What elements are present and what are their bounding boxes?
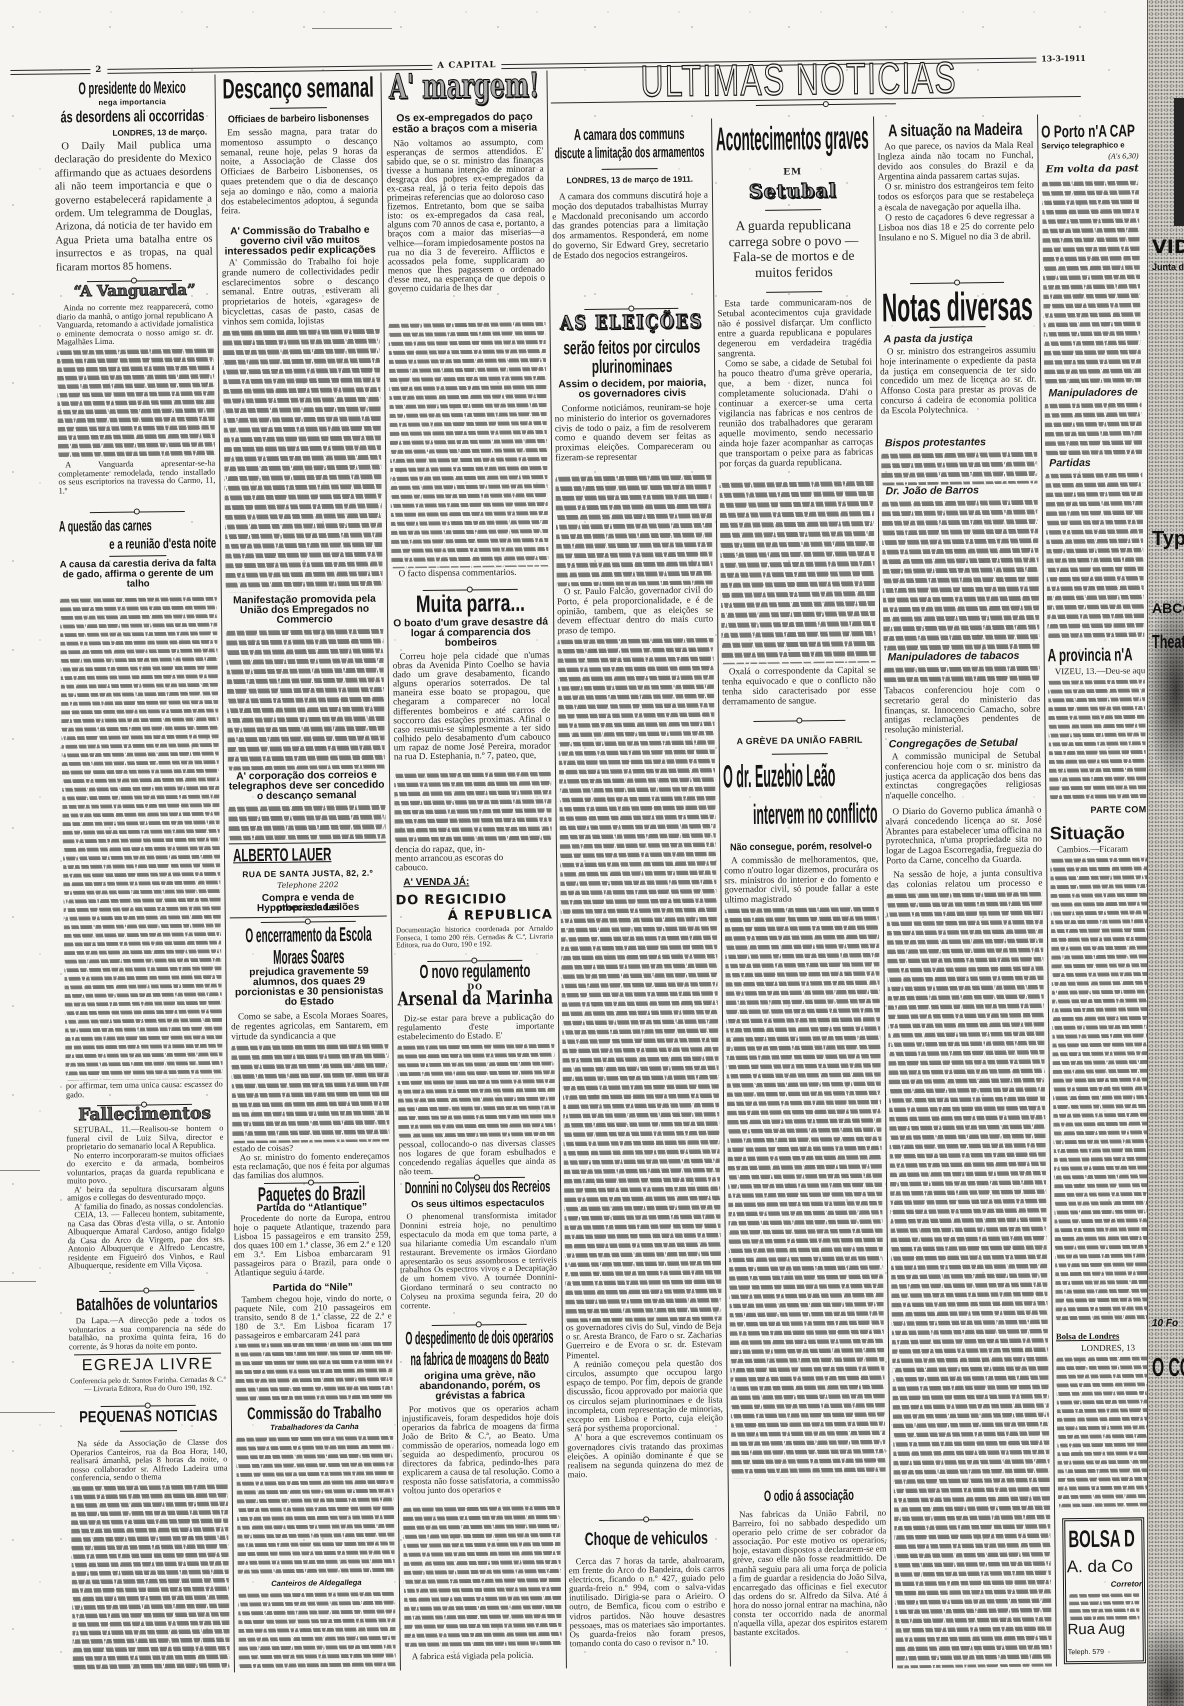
rule xyxy=(602,168,658,170)
muita-parra-body: Correu hoje pela cidade que n'umas obras… xyxy=(393,651,551,771)
paragraph: CEIA, 13. — Falleceu hontem, subitamente… xyxy=(67,1210,225,1271)
illegible-text-block xyxy=(236,1433,395,1578)
camara-headline: A camara dos communs xyxy=(551,127,707,146)
paragraph: No enterro incorporaram-se muitos offici… xyxy=(67,1150,224,1186)
pequenas-noticias-headline: PEQUENAS NOTICIAS xyxy=(70,1409,227,1428)
illegible-text-block xyxy=(394,769,552,844)
ad-address: Rua Aug xyxy=(1067,1621,1157,1638)
porto-section: Em volta da pastoral xyxy=(1042,163,1139,175)
setubal-headline: Acontecimentos graves xyxy=(715,121,869,158)
illegible-text-block xyxy=(235,1339,393,1402)
ad-address: RUA DE SANTA JUSTA, 82, 2.º xyxy=(229,869,386,881)
descanco-headline: Descanço semanal xyxy=(219,73,376,104)
mexico-dateline: LONDRES, 13 de março. xyxy=(54,128,211,139)
porto-section: Partidas xyxy=(1045,457,1142,469)
ad-service: Hypothecas e Leilões xyxy=(230,903,387,915)
illegible-text-block xyxy=(557,636,721,1323)
illegible-text-block xyxy=(1042,178,1141,383)
illegible-text-block xyxy=(226,627,385,771)
vanguarda-headline: “A Vanguarda” xyxy=(56,283,213,301)
rule xyxy=(765,209,820,211)
notas-section-title: Congregações de Setubal xyxy=(885,738,1041,751)
camara-dateline: LONDRES, 13 de março de 1911. xyxy=(552,175,708,186)
muita-parra-body-end: dencia do rapaz, que, in- mento arrancou… xyxy=(395,843,552,873)
escola-body-end: estado de coisas? Ao sr. ministro do fom… xyxy=(233,1142,390,1180)
paquetes-section-body: Tambem chegou hoje, vindo do norte, o pa… xyxy=(234,1293,392,1340)
illegible-text-block xyxy=(1048,677,1146,800)
greve-kicker: A GRÈVE DA UNIÃO FABRIL xyxy=(723,736,877,748)
illegible-text-block xyxy=(882,498,1040,652)
ad-body: Documentação historica coordenada por Ar… xyxy=(396,924,553,957)
mexico-headline: O presidente do Mexico xyxy=(54,79,211,99)
illegible-text-block xyxy=(725,905,886,1479)
setubal-body-end: Oxalá o correspondente da Capital se ten… xyxy=(722,665,876,707)
newspaper-page: 2 A CAPITAL 13-3-1911 ULTIMAS NOTICIAS O… xyxy=(0,0,1184,1706)
paragraph: SETUBAL, 11.—Realisou-se hontem o funera… xyxy=(66,1125,223,1152)
illegible-text-block xyxy=(1050,855,1153,1322)
ad-title: DO REGICIDIO xyxy=(395,892,552,908)
ad-label: A' VENDA JÁ: xyxy=(395,876,552,888)
vanguarda-body-start: Ainda no corrente mez reapparecerá, como… xyxy=(56,303,214,348)
margem-body: Não voltamos ao assumpto, com esperanças… xyxy=(386,138,545,321)
choque-body: Cerca das 7 horas da tarde, abalroaram, … xyxy=(569,1555,726,1668)
muita-parra-deck: O boato d'um grave desastre dá logar á c… xyxy=(392,618,549,650)
mexico-deck-small: nega importancia xyxy=(54,98,211,108)
porto-time: (A's 6,30) xyxy=(1041,152,1138,161)
notas-section-body: Tabacos conferenciou hoje com o secretar… xyxy=(884,685,1041,737)
donnini-body: O phenomenal transformista imitador Donn… xyxy=(399,1210,557,1320)
margem-headline: A' margem! xyxy=(385,69,542,107)
greve-headline: O dr. Euzebio Leão xyxy=(723,759,877,794)
commissao-sub: Canteiros de Aldegallega xyxy=(238,1578,395,1588)
porto-section: Manipuladores de xyxy=(1044,387,1141,399)
margem-body-end: O facto dispensa commentarios. xyxy=(392,568,549,581)
column-6: A situação na Madeira Ao que parece, os … xyxy=(876,0,1053,1702)
illegible-text-block xyxy=(403,1503,562,1650)
margem-deck: Os ex-empregados do paço estão a braços … xyxy=(386,113,543,136)
paragraph: Esta tarde communicaram-nos de Setubal a… xyxy=(717,297,872,359)
notas-section-title: Bispos protestantes xyxy=(881,437,1037,450)
notas-section-title: Manipuladores de tabacos xyxy=(884,651,1040,664)
ornament-divider xyxy=(753,717,845,725)
ornament-divider xyxy=(599,1516,693,1524)
batalhoes-headline: Batalhões de voluntarios xyxy=(68,1295,225,1315)
illegible-text-block xyxy=(60,595,223,1081)
escola-headline: O encerramento da Escola Moraes Soares xyxy=(230,924,388,970)
rule xyxy=(270,107,327,109)
setubal-connector: EM xyxy=(716,168,870,179)
notas-section-title: Dr. João de Barros xyxy=(882,485,1038,498)
odio-headline: O odio á associação xyxy=(732,1487,886,1505)
odio-body: Nas fabricas da União Fabril, no Barreir… xyxy=(732,1508,888,1662)
illegible-text-block xyxy=(231,1042,389,1144)
paquetes-section-title: Partida do “Nile” xyxy=(234,1282,391,1294)
descanco-section-title: A' Commissão do Trabalho e governo civil… xyxy=(221,226,378,258)
escola-deck: prejudica gravemente 59 alumnos, dos qua… xyxy=(230,967,387,1009)
illegible-text-block xyxy=(1045,470,1144,639)
carnes-headline-2: e a reunião d'esta noite xyxy=(59,536,216,553)
greve-deck: Não consegue, porém, resolvel-o xyxy=(724,842,878,854)
column-1: O presidente do Mexico nega importancia … xyxy=(53,5,231,1706)
fallecimentos-body: SETUBAL, 11.—Realisou-se hontem o funera… xyxy=(66,1125,225,1287)
notas-section-body: O sr. ministro dos estrangeiros assumiu … xyxy=(880,346,1037,434)
column-3: A' margem! Os ex-empregados do paço estã… xyxy=(385,1,563,1706)
parte-commercial-label: PARTE COM xyxy=(1049,805,1146,816)
fragment-text: 10 Fo xyxy=(1152,1318,1178,1329)
notas-junta-body: Na sessão de hoje, a junta consultiva da… xyxy=(886,869,1042,891)
carnes-headline: A questão das carnes xyxy=(59,518,216,536)
paragraph: O resto de caçadores 6 deve regressar a … xyxy=(878,210,1034,242)
camara-body: A camara dos communs discutirá hoje a mo… xyxy=(552,191,709,301)
illegible-text-block xyxy=(1045,400,1143,455)
arsenal-headline: O novo regulamento xyxy=(396,961,553,983)
illegible-text-block xyxy=(388,320,548,569)
provincia-body: VIZEU, 13.—Deu-se aqui um facto que pode xyxy=(1048,666,1145,677)
rule xyxy=(110,555,167,557)
dark-bar xyxy=(1174,98,1184,226)
rule xyxy=(772,753,827,755)
illegible-text-block xyxy=(719,479,875,665)
fragment-text: VID xyxy=(1152,236,1184,258)
notas-diario-body: O Diario do Governo publica ámanhã o alv… xyxy=(885,806,1042,868)
illegible-text-block xyxy=(223,327,383,593)
illegible-text-block xyxy=(884,664,1040,686)
illegible-text-block xyxy=(71,1482,230,1670)
paquetes-section-body: Procedente do norte da Europa, entrou ho… xyxy=(233,1212,391,1283)
egreja-livre-body: Conferencia pelo dr. Santos Farinha. Cer… xyxy=(69,1376,226,1401)
paragraph: os governadores civis do Sul, vindo de B… xyxy=(566,1321,722,1360)
parte-commercial-headline: Situação xyxy=(1050,823,1147,843)
descanco-section-title: A' corporação dos correios e telegraphos… xyxy=(228,771,385,803)
paragraph: Ao sr. ministro do fomento endereçamos e… xyxy=(233,1151,390,1180)
vanguarda-body-end: A Vanguarda apresentar-se-ha completamen… xyxy=(58,460,215,502)
eleicoes-headline: AS ELEIÇÕES xyxy=(553,313,709,335)
text-line: cabouco. xyxy=(395,862,552,873)
illegible-text-block xyxy=(886,889,1051,1668)
choque-headline: Choque de vehiculos xyxy=(568,1528,724,1549)
madeira-body: Ao que parece, os navios da Mala Real In… xyxy=(877,140,1035,272)
illegible-text-block xyxy=(555,473,712,587)
ad-role: Corretor xyxy=(1059,1579,1156,1590)
ad-phone: Teleph. 579 xyxy=(1068,1647,1158,1658)
eleicoes-body-mid: O sr. Paulo Falcão, governador civil do … xyxy=(557,586,714,637)
despedimento-headline: O despedimento de dois operarios na fabr… xyxy=(401,1326,559,1370)
rule xyxy=(120,1430,177,1432)
donnini-headline: Donnini no Colyseu dos Recreios xyxy=(399,1179,556,1198)
illegible-text-block xyxy=(397,1041,555,1139)
descanco-section-body: Em sessão magna, para tratar do momentos… xyxy=(220,127,378,218)
arsenal-headline-2: Arsenal da Marinha xyxy=(397,988,554,1010)
notas-headline: Notas diversas xyxy=(879,286,1035,330)
despedimento-body-end: A fabrica está vigiada pela policia. xyxy=(405,1650,562,1662)
batalhoes-body: Da Lapa.—A direcção pede a todos os volu… xyxy=(69,1316,226,1353)
commissao-sub: Trabalhadores da Canha xyxy=(236,1422,393,1432)
setubal-deck: A guarda republicana carrega sobre o pov… xyxy=(716,217,871,286)
page-content: 2 A CAPITAL 13-3-1911 ULTIMAS NOTICIAS O… xyxy=(0,0,1184,1706)
commissao-headline: Commissão do Trabalho xyxy=(236,1403,393,1423)
provincia-headline: A provincia n'A xyxy=(1048,645,1145,665)
rule xyxy=(766,291,821,293)
greve-headline-2: intervem no conflicto xyxy=(723,799,877,830)
arsenal-body-end: pessoal, collocando-o nas diversas class… xyxy=(398,1138,555,1176)
paragraph: O sr. ministro dos estrangeiros tem feit… xyxy=(878,180,1034,212)
ad-title: BOLSA D xyxy=(1068,1526,1157,1552)
paragraph: Ao que parece, os navios da Mala Real In… xyxy=(877,140,1033,182)
notas-section-body: A commissão municipal de Setubal confere… xyxy=(885,751,1042,803)
fragment-text: Junta de xyxy=(1152,262,1184,272)
muita-parra-headline: Muita parra... xyxy=(392,591,549,618)
setubal-place: Setubal xyxy=(716,182,870,204)
ad-name: ALBERTO LAUER xyxy=(233,844,390,865)
camara-headline-2: discute a limitação dos armamentos xyxy=(551,145,707,163)
fragment-text: Typo xyxy=(1152,528,1184,551)
illegible-text-block xyxy=(238,1589,396,1669)
fragment-text: O CO xyxy=(1152,1352,1184,1383)
fallecimentos-headline: Fallecimentos xyxy=(66,1106,223,1126)
ad-name: A. da Co xyxy=(1067,1557,1158,1576)
column-7: O Porto n'A CAP Serviço telegraphico e (… xyxy=(1040,0,1158,1700)
adjacent-page-edge: VID Junta de Typo ABCO Theatr 10 Fo O CO xyxy=(1147,0,1184,1706)
egreja-livre-headline: EGREJA LIVRE xyxy=(69,1357,226,1376)
eleicoes-sub: serão feitos por circulos plurinominaes xyxy=(554,338,710,378)
ornament-divider xyxy=(90,508,184,516)
column-5: Acontecimentos graves EM Setubal A guard… xyxy=(714,0,889,1704)
donnini-deck: Os seus ultimos espectaculos xyxy=(399,1198,556,1210)
column-4: A camara dos communs discute a limitação… xyxy=(550,0,727,1706)
fragment-text: Theatr xyxy=(1152,632,1184,653)
eleicoes-body-end: os governadores civis do Sul, vindo de B… xyxy=(566,1321,724,1501)
eleicoes-body-start: Conforme noticiámos, reuniram-se hoje no… xyxy=(555,403,712,474)
madeira-headline: A situação na Madeira xyxy=(877,121,1033,141)
escola-body-start: Como se sabe, a Escola Moraes Soares, de… xyxy=(231,1011,388,1043)
mexico-body: O Daily Mail publica uma declaração do p… xyxy=(54,139,213,278)
descanco-section-title: Manifestação promovida pela União dos Em… xyxy=(226,595,383,627)
descanco-section-title: Officiaes de barbeiro lisbonenses xyxy=(220,114,377,126)
carnes-deck: A causa da carestia deriva da falta de g… xyxy=(59,559,216,591)
paragraph: A' hora a que escrevemos continuam os go… xyxy=(567,1432,724,1480)
column-2: Descanço semanal Officiaes de barbeiro l… xyxy=(219,3,397,1706)
bolsa-londres-body: LONDRES, 13 xyxy=(1056,1343,1153,1354)
porto-headline: O Porto n'A CAP xyxy=(1041,122,1138,141)
illegible-text-block xyxy=(1069,1591,1139,1620)
greve-body-start: A commissão de melhoramentos, que, como … xyxy=(724,855,879,906)
mexico-deck: ás desordens ali occorridas xyxy=(54,109,211,128)
parte-commercial-body: Cambios.—Ficaram xyxy=(1050,844,1147,855)
notas-section-title: A pasta da justiça xyxy=(880,333,1036,346)
fragment-text: ABCO xyxy=(1152,600,1184,616)
illegible-text-block xyxy=(881,450,1037,486)
paragraph: A reunião começou pela questão dos circu… xyxy=(566,1358,723,1434)
ad-title: Á REPUBLICA xyxy=(396,908,553,924)
carnes-body-end: por affirmar, tem uma unica causa: escas… xyxy=(66,1081,223,1101)
descanco-section-body: A' Commissão do Trabalho foi hoje grande… xyxy=(222,257,380,328)
illegible-text-block xyxy=(57,347,215,460)
setubal-body: Esta tarde communicaram-nos de Setubal a… xyxy=(717,297,873,479)
porto-service: Serviço telegraphico e xyxy=(1041,141,1138,150)
despedimento-body: Por motivos que os operarios acham injus… xyxy=(402,1403,560,1504)
pequenas-noticias-body: Na séde da Associação de Classe dos Oper… xyxy=(70,1439,228,1484)
illegible-text-block xyxy=(1056,1354,1155,1507)
paragraph: Como se sabe, a cidade de Setubal foi ha… xyxy=(718,357,873,469)
eleicoes-deck: Assim o decidem, por maioria, os governa… xyxy=(554,379,710,401)
illegible-text-block xyxy=(228,803,385,841)
arsenal-body-start: Diz-se estar para breve a publicação do … xyxy=(397,1012,554,1042)
despedimento-deck: origina uma grève, não abandonando, poré… xyxy=(401,1370,558,1402)
bolsa-londres-title: Bolsa de Londres xyxy=(1056,1331,1153,1342)
